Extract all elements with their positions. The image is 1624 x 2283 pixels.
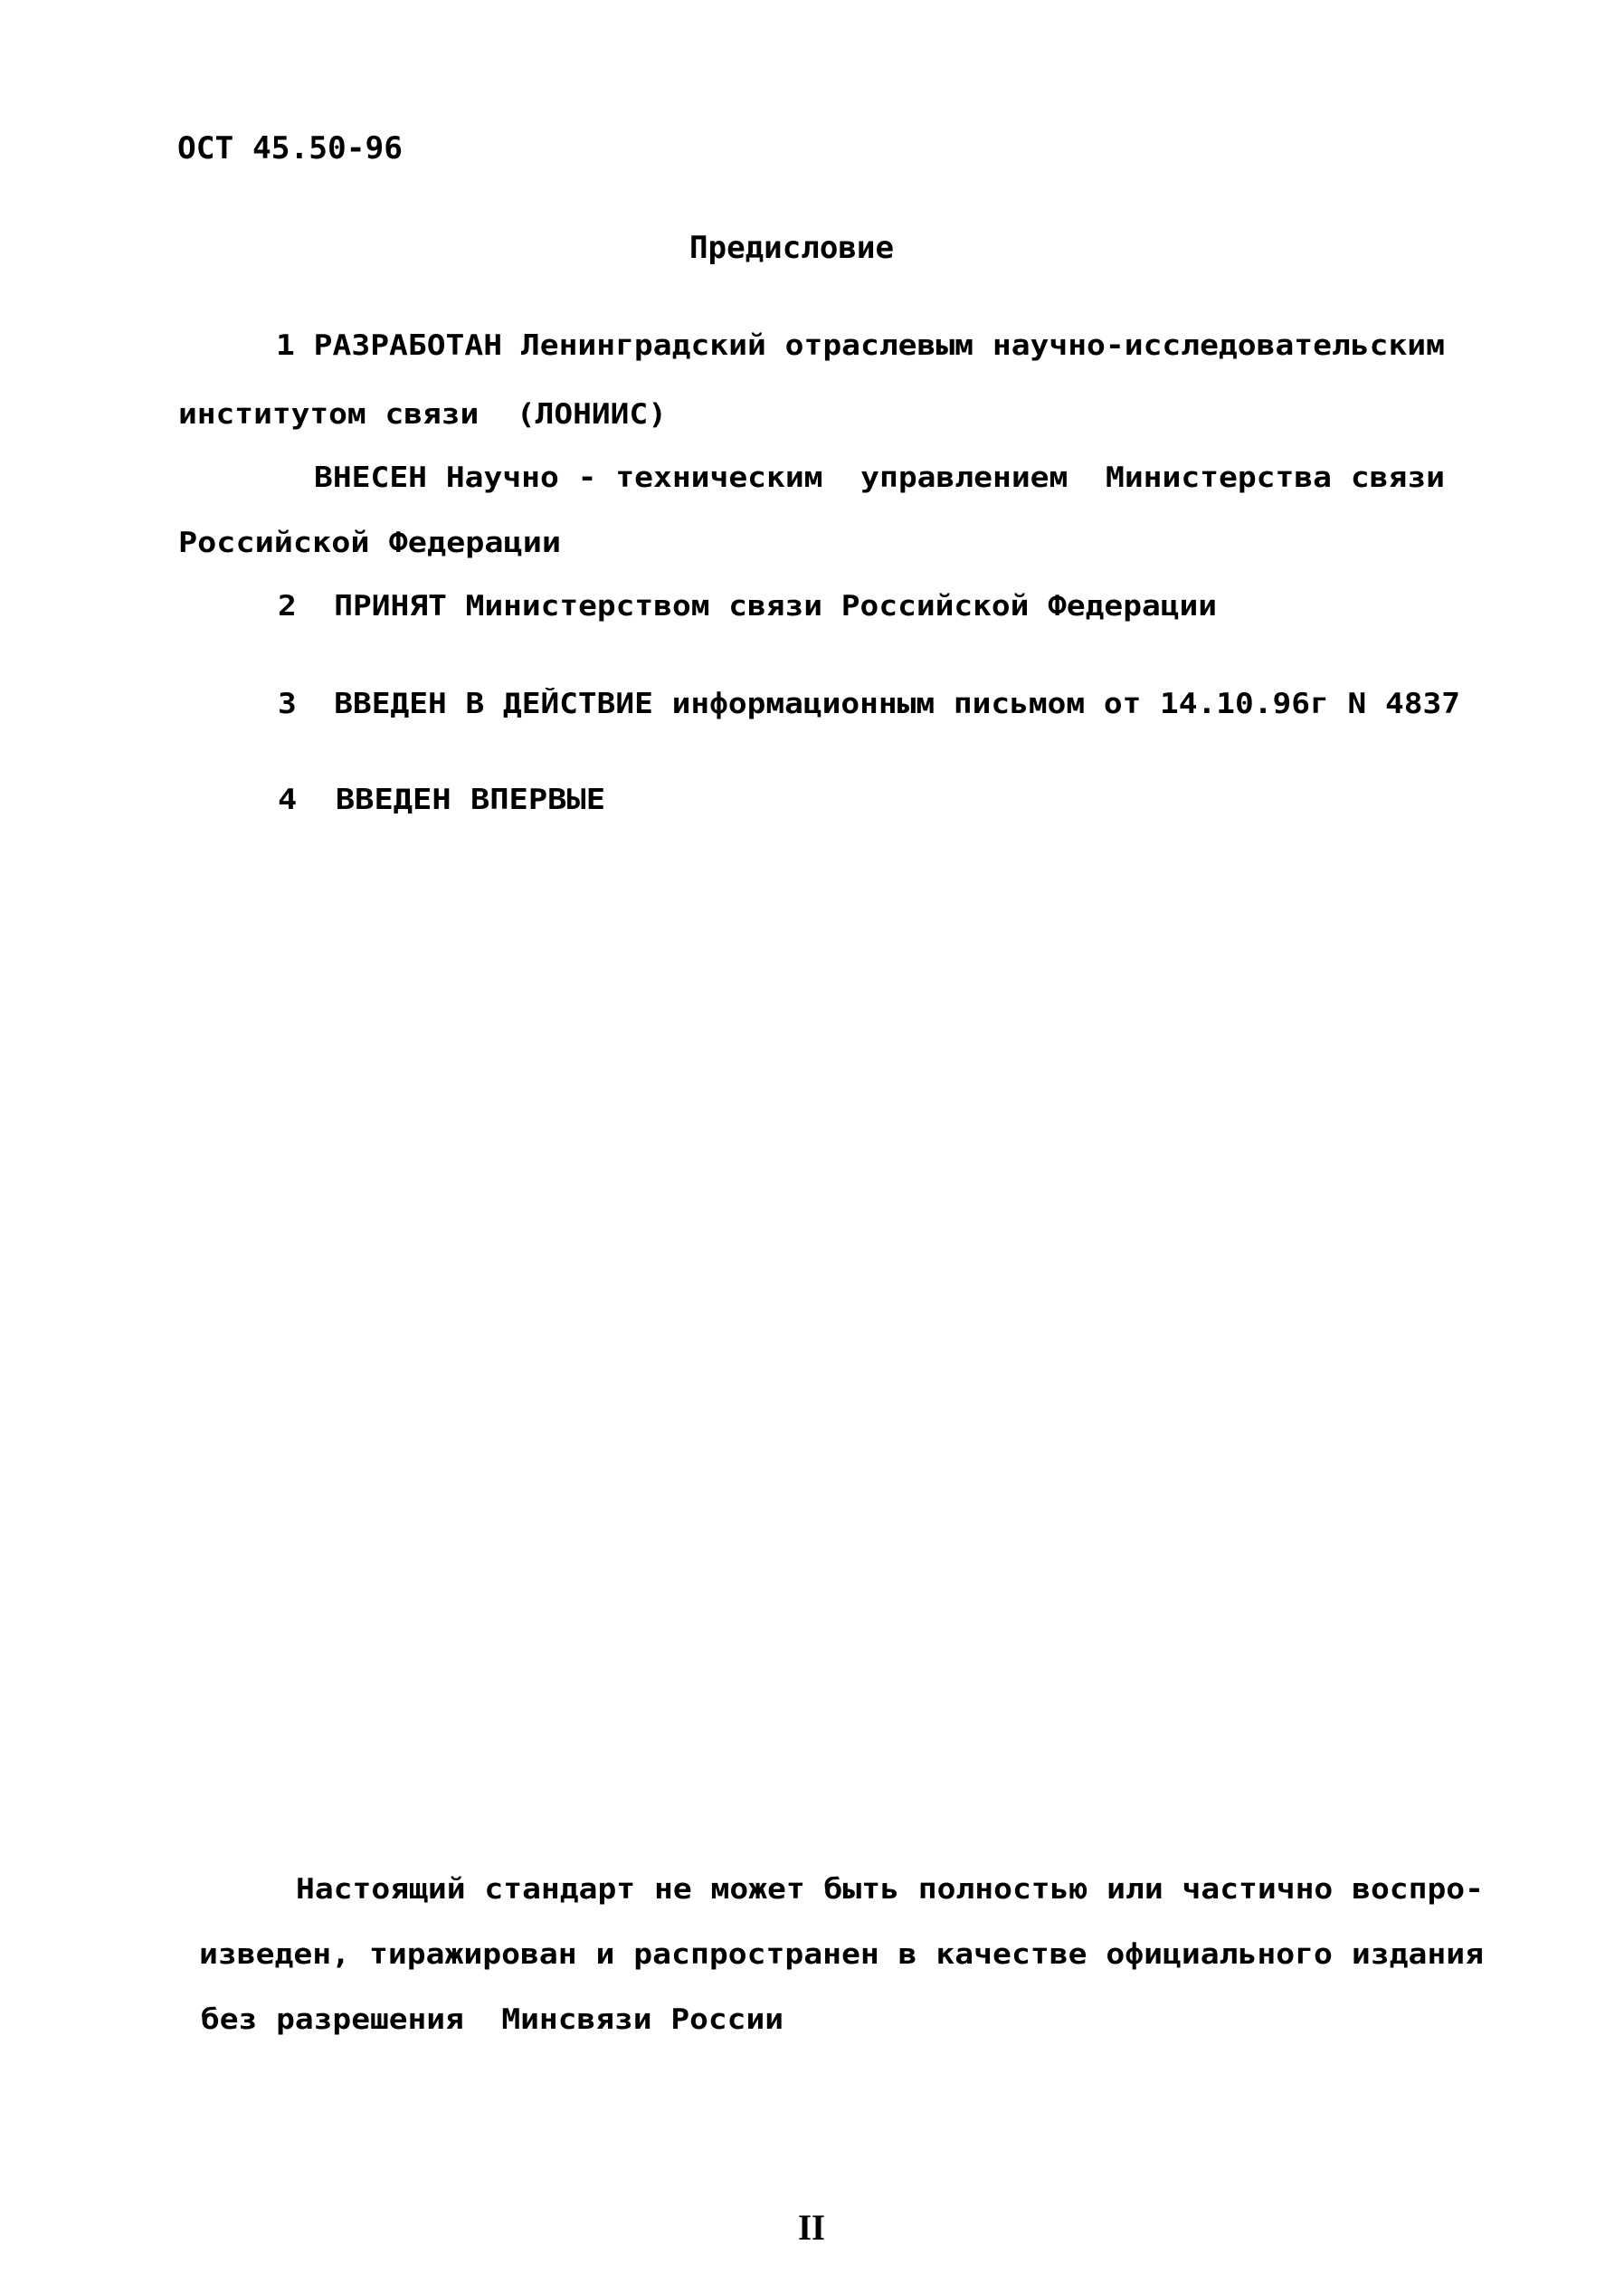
document-page: ОСТ 45.50-96 Предисловие 1 РАЗРАБОТАН Ле… bbox=[0, 0, 1624, 2283]
foreword-item-2: 2 ПРИНЯТ Министерством связи Российской … bbox=[278, 593, 1217, 621]
item-1-line-2: институтом связи (ЛОНИИС) bbox=[178, 401, 667, 429]
item-1-introduced-line-2: Российской Федерации bbox=[178, 529, 561, 557]
page-number: II bbox=[798, 2210, 825, 2246]
item-1-line-1: 1 РАЗРАБОТАН Ленинградский отраслевым на… bbox=[276, 332, 1445, 360]
notice-line-1: Настоящий стандарт не может быть полност… bbox=[296, 1876, 1484, 1904]
notice-line-3: без разрешения Минсвязи России bbox=[201, 2006, 784, 2034]
page-title: Предисловие bbox=[689, 233, 894, 263]
standard-code-header: ОСТ 45.50-96 bbox=[177, 133, 403, 164]
notice-line-2: изведен, тиражирован и распространен в к… bbox=[199, 1941, 1484, 1969]
foreword-item-3: 3 ВВЕДЕН В ДЕЙСТВИЕ информационным письм… bbox=[278, 690, 1460, 718]
foreword-item-4: 4 ВВЕДЕН ВПЕРВЫЕ bbox=[278, 786, 605, 814]
item-1-introduced-line-1: ВНЕСЕН Научно - техническим управлением … bbox=[314, 464, 1445, 492]
